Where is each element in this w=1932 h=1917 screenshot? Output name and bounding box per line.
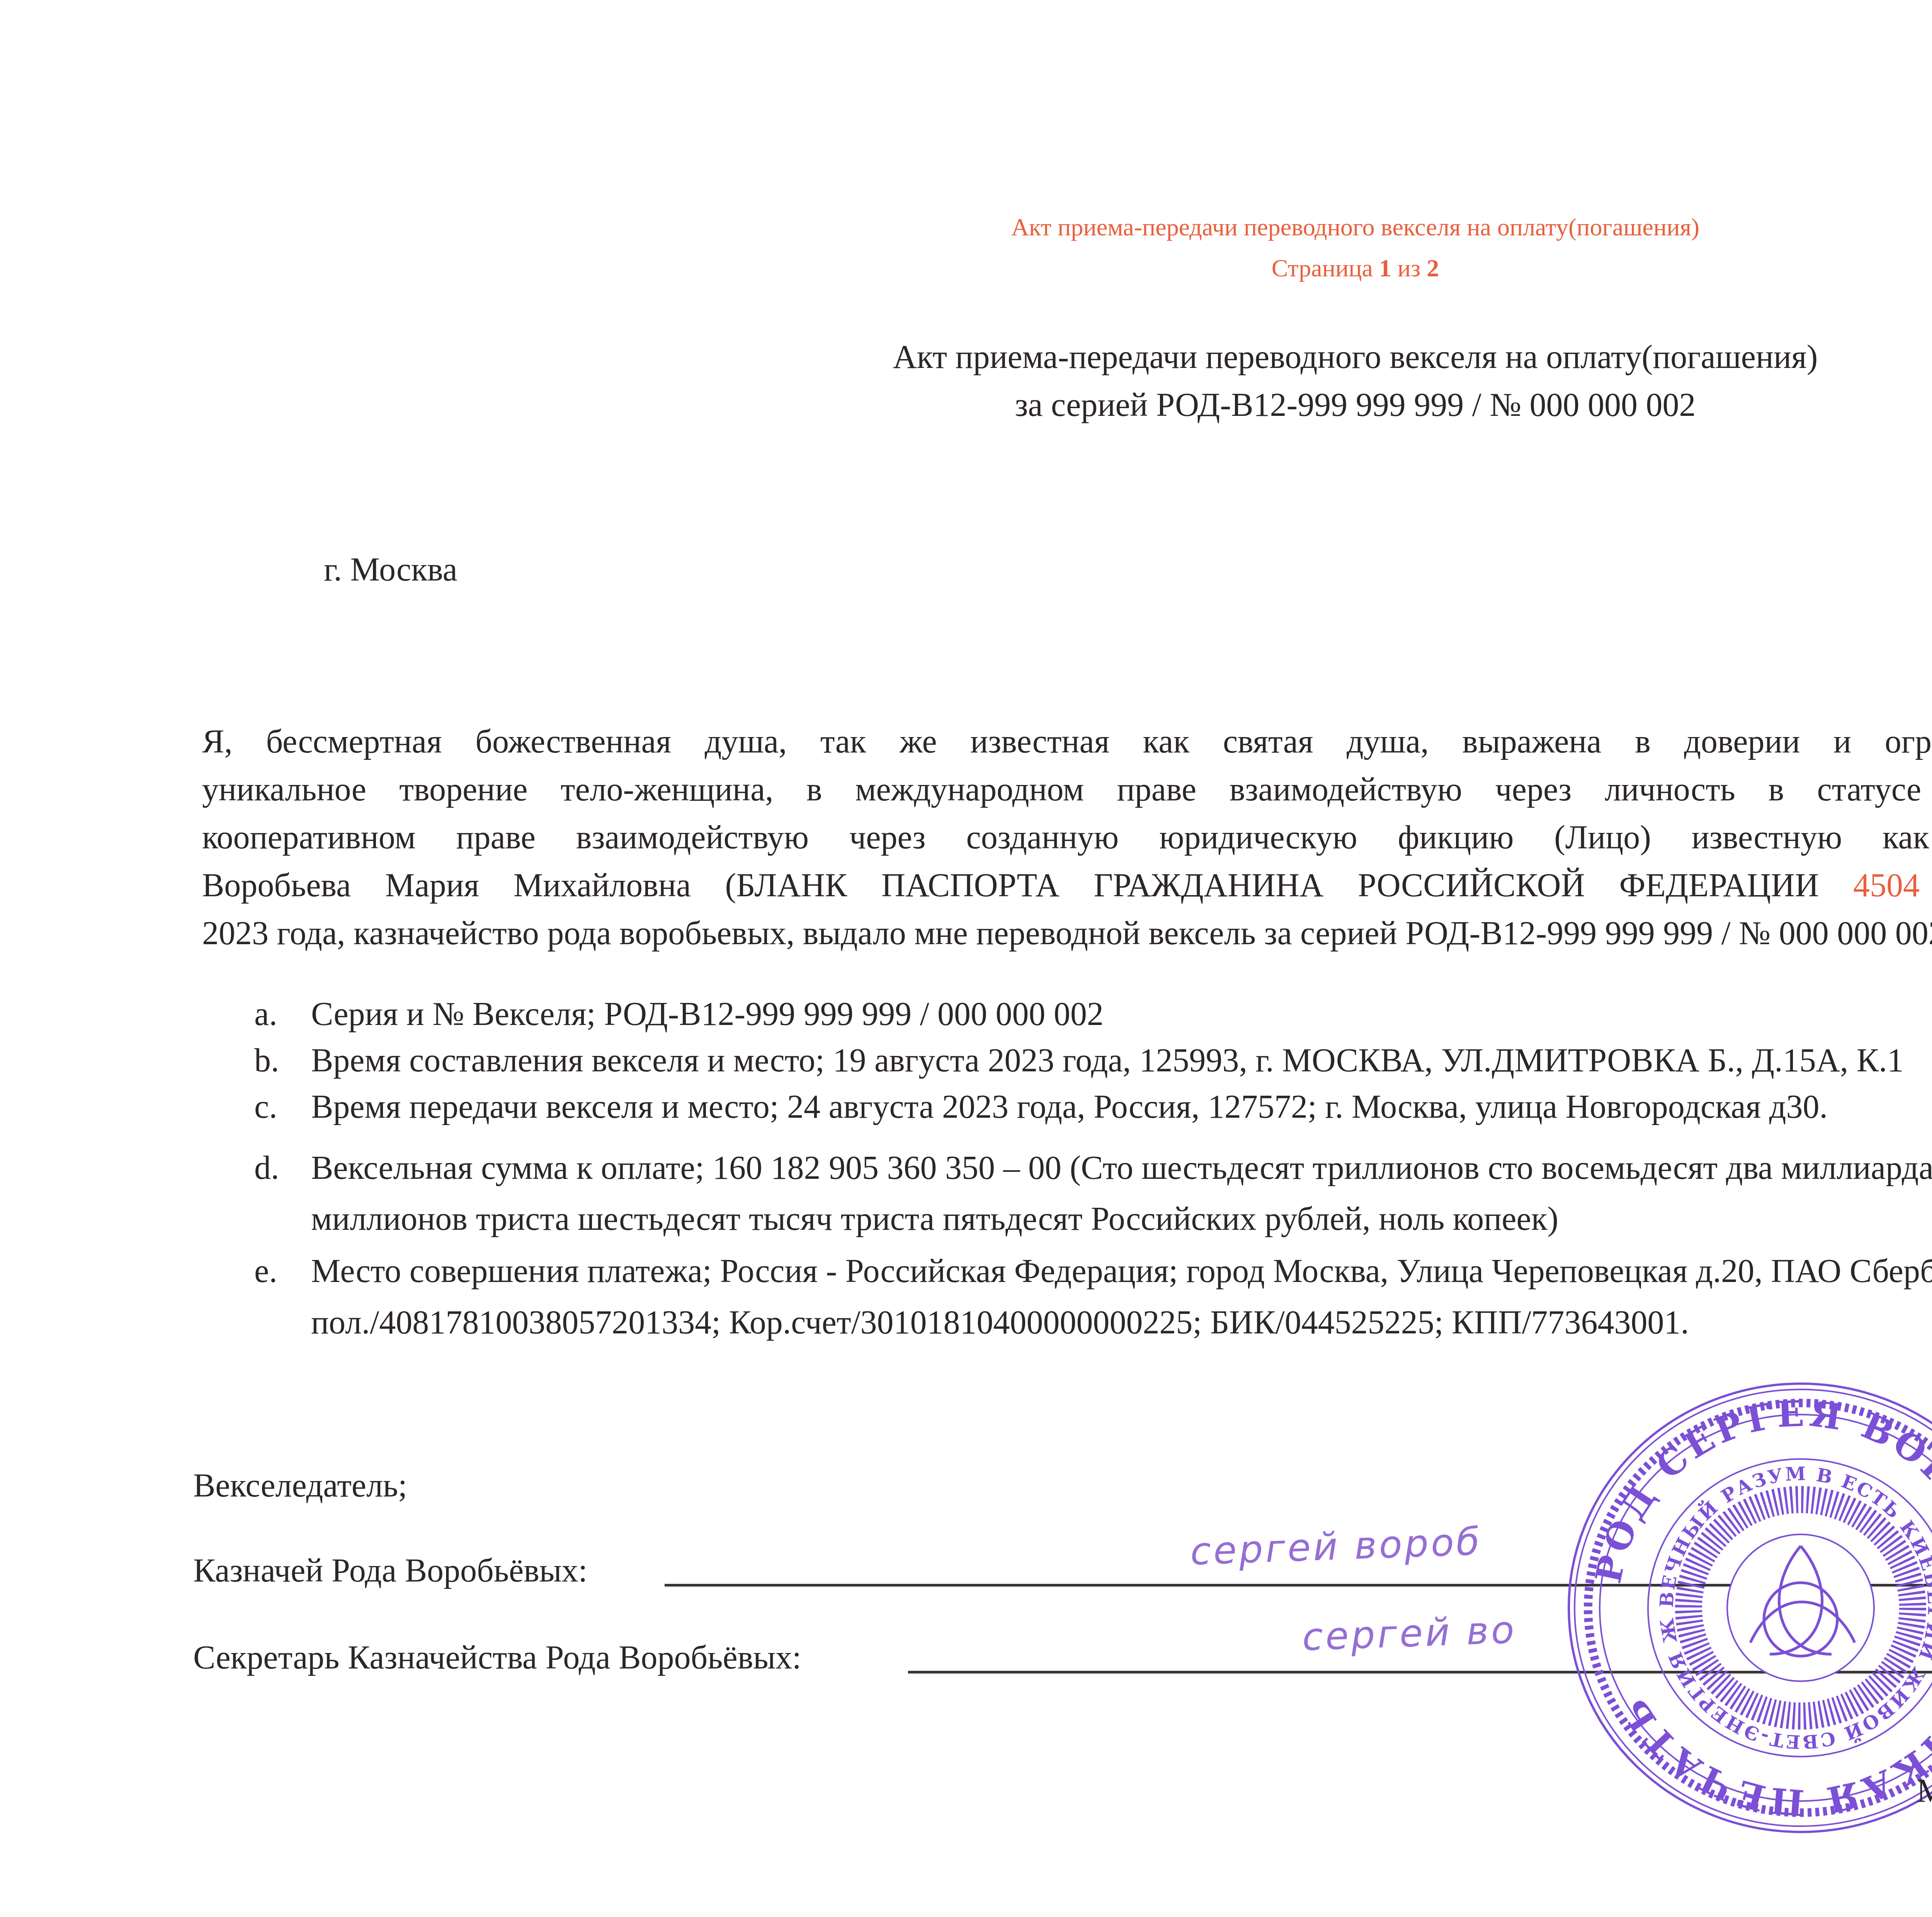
page-total: 2	[1427, 254, 1439, 282]
document-series: за серией РОД-В12-999 999 999 / № 000 00…	[0, 388, 1932, 421]
page-current: 1	[1379, 254, 1391, 282]
page-separator: из	[1398, 254, 1421, 282]
statement-paragraph: Я, бессмертная божественная душа, так же…	[202, 717, 1932, 957]
paragraph-line: Воробьева Мария Михайловна (БЛАНК ПАСПОР…	[202, 861, 1932, 909]
list-item-text: Место совершения платежа; Россия - Росси…	[311, 1254, 1932, 1287]
list-item-text: Время составления векселя и место; 19 ав…	[311, 1044, 1904, 1077]
page-label: Страница	[1272, 254, 1373, 282]
seal-mark: М.П.	[1917, 1774, 1932, 1807]
treasurer-signature: сергей вороб	[1189, 1520, 1483, 1574]
document-title: Акт приема-передачи переводного векселя …	[0, 340, 1932, 373]
header-doc-title: Акт приема-передачи переводного векселя …	[0, 215, 1932, 240]
paragraph-line: уникальное творение тело-женщина, в межд…	[202, 765, 1932, 813]
treasurer-label: Казначей Рода Воробьёвых:	[193, 1554, 588, 1587]
list-marker: b.	[254, 1044, 279, 1077]
list-item-text: Вексельная сумма к оплате; 160 182 905 3…	[311, 1151, 1932, 1184]
issuer-label: Векселедатель;	[193, 1469, 407, 1502]
secretary-signature: сергей во	[1301, 1608, 1517, 1659]
seal-stamp-icon: РОД СЕРГЕЯ ВОРОБЬЁВА ВЕЛИКАЯ ПЕЧАТЬ ВЕЧН…	[1561, 1376, 1932, 1840]
paragraph-line: 2023 года, казначейство рода воробьевых,…	[202, 909, 1932, 957]
page-indicator: Страница 1 из 2	[0, 256, 1932, 281]
list-item-text: Время передачи векселя и место; 24 авгус…	[311, 1090, 1828, 1123]
paragraph-line: кооперативном праве взаимодействую через…	[202, 813, 1932, 861]
paragraph-text: Воробьева Мария Михайловна (БЛАНК ПАСПОР…	[202, 867, 1853, 904]
list-marker: d.	[254, 1151, 279, 1184]
city: г. Москва	[324, 553, 457, 586]
list-item-text: миллионов триста шестьдесят тысяч триста…	[311, 1202, 1558, 1235]
secretary-label: Секретарь Казначейства Рода Воробьёвых:	[193, 1641, 801, 1674]
list-marker: c.	[254, 1090, 277, 1123]
list-marker: a.	[254, 997, 277, 1030]
list-marker: e.	[254, 1254, 277, 1287]
list-item-text: Серия и № Векселя; РОД-В12-999 999 999 /…	[311, 997, 1104, 1030]
list-item-text: пол./40817810038057201334; Кор.счет/3010…	[311, 1306, 1689, 1339]
passport-number: 4504 589561	[1853, 867, 1932, 904]
paragraph-line: Я, бессмертная божественная душа, так же…	[202, 717, 1932, 765]
